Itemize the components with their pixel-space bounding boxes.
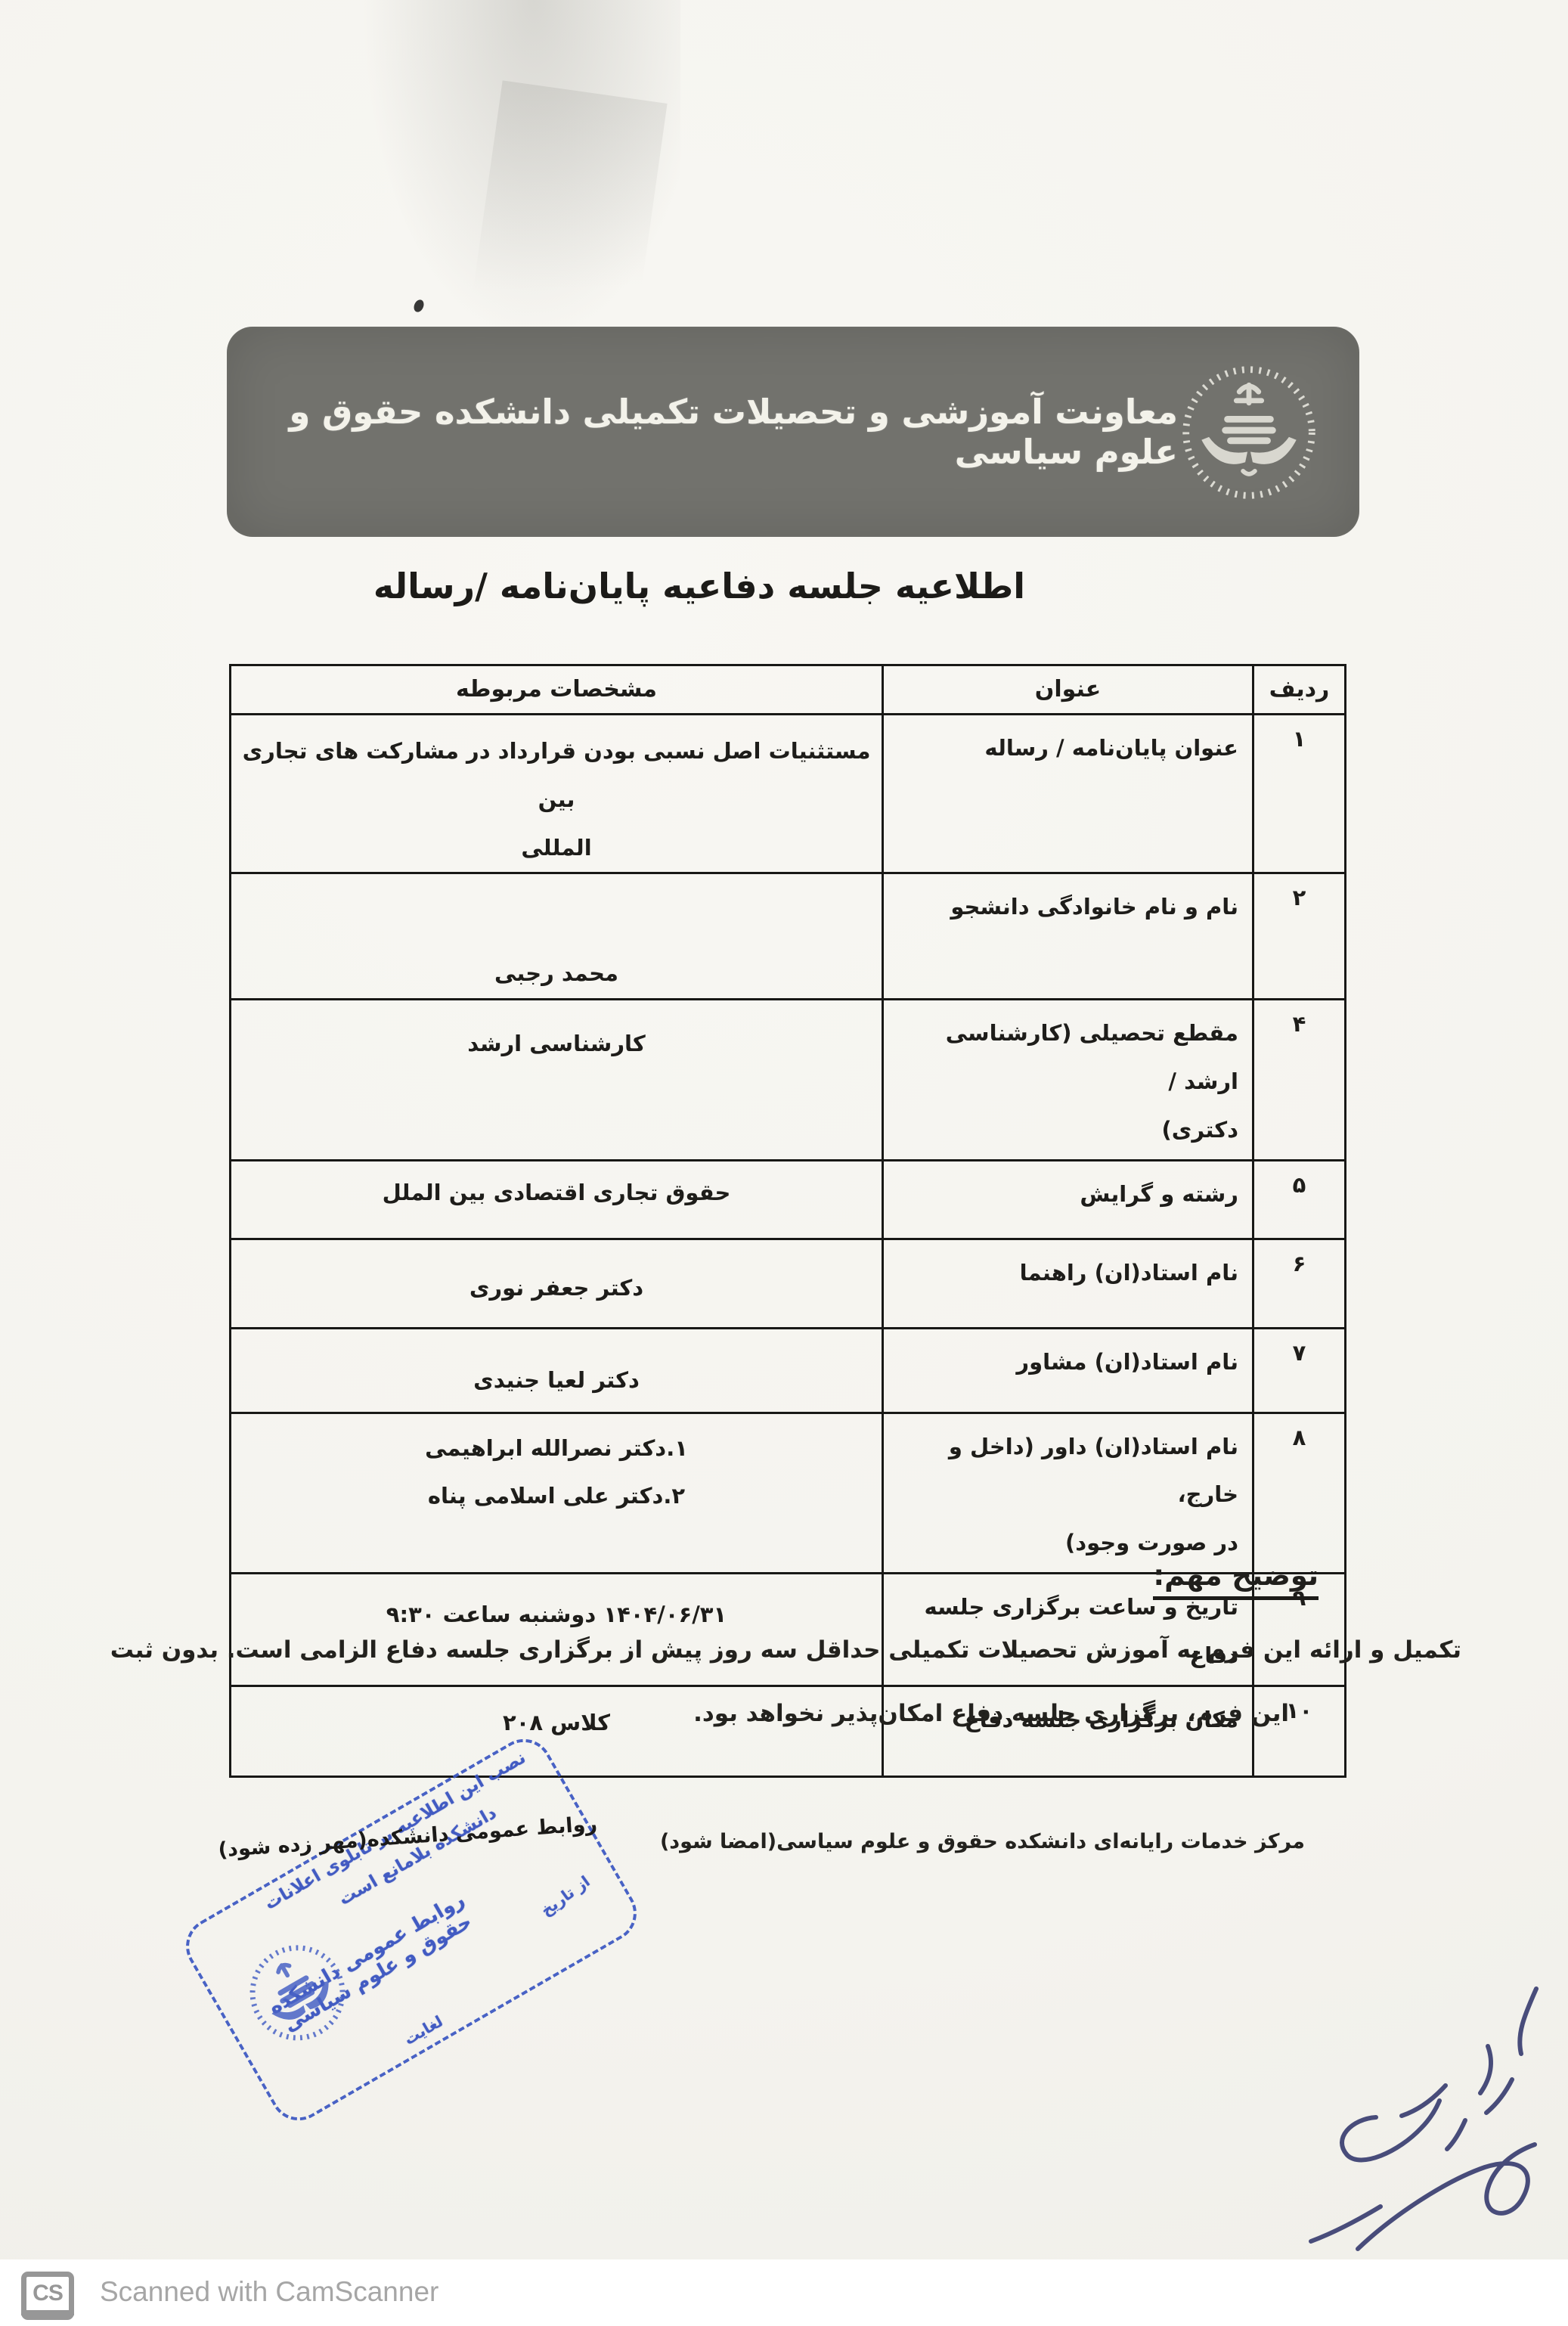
important-note-heading: توضیح مهم: [1153,1559,1319,1600]
row-value: ۱۴۰۴/۰۶/۳۱ دوشنبه ساعت ۹:۳۰ [231,1573,883,1686]
row-number: ۲ [1253,873,1346,1000]
table-row: ۸ نام استاد(ان) داور (داخل و خارج، در صو… [231,1413,1346,1573]
table-row: ۲ نام و نام خانوادگی دانشجو محمد رجبی [231,873,1346,1000]
row-label: نام استاد(ان) راهنما [883,1239,1253,1328]
row-value: حقوق تجاری اقتصادی بین الملل [231,1160,883,1239]
row-value: دکتر لعیا جنیدی [231,1328,883,1413]
table-row: ۷ نام استاد(ان) مشاور دکتر لعیا جنیدی [231,1328,1346,1413]
table-row: ۴ مقطع تحصیلی (کارشناسی ارشد / دکتری) کا… [231,1000,1346,1160]
table-row: ۵ رشته و گرایش حقوق تجاری اقتصادی بین ال… [231,1160,1346,1239]
note-text-line1: تکمیل و ارائه این فرم به آموزش تحصیلات ت… [110,1636,1461,1664]
stamp-from-date-label: از تاریخ [538,1872,593,1920]
row-value: محمد رجبی [231,873,883,1000]
approval-stamp: نصب این اطلاعیه بر تابلوی اعلانات دانشکد… [175,1729,647,2131]
row-number: ۶ [1253,1239,1346,1328]
it-center-signature-note: مرکز خدمات رایانه‌ای دانشکده حقوق و علوم… [660,1830,1305,1853]
row-label: عنوان پایان‌نامه / رساله [883,715,1253,873]
row-label: نام و نام خانوادگی دانشجو [883,873,1253,1000]
header-row-number: ردیف [1253,665,1346,715]
row-label: رشته و گرایش [883,1160,1253,1239]
row-number: ۸ [1253,1413,1346,1573]
row-number: ۷ [1253,1328,1346,1413]
header-title: عنوان [883,665,1253,715]
camscanner-badge-letters: CS [33,2281,63,2306]
row-value: کارشناسی ارشد [231,1000,883,1160]
table-header-row: ردیف عنوان مشخصات مربوطه [231,665,1346,715]
table-row: ۱ عنوان پایان‌نامه / رساله مستثنیات اصل … [231,715,1346,873]
row-number: ۴ [1253,1000,1346,1160]
stamp-university-emblem-icon [225,1921,370,2065]
row-label: نام استاد(ان) مشاور [883,1328,1253,1413]
row-value: مستثنیات اصل نسبی بودن قرارداد در مشارکت… [231,715,883,873]
row-label: نام استاد(ان) داور (داخل و خارج، در صورت… [883,1413,1253,1573]
header-banner: معاونت آموزشی و تحصیلات تکمیلی دانشکده ح… [227,327,1359,537]
row-value: ۱.دکتر نصرالله ابراهیمی ۲.دکتر علی اسلام… [231,1413,883,1573]
scan-fold-shadow [466,80,667,358]
row-label: مقطع تحصیلی (کارشناسی ارشد / دکتری) [883,1000,1253,1160]
defense-info-table: ردیف عنوان مشخصات مربوطه ۱ عنوان پایان‌ن… [229,664,1346,1778]
note-text-line2: این فرم، برگزاری جلسه دفاع امکان‌پذیر نخ… [693,1700,1289,1727]
university-logo-icon [1175,358,1323,507]
header-details: مشخصات مربوطه [231,665,883,715]
camscanner-icon-bar [21,2310,74,2320]
page-title: اطلاعیه جلسه دفاعیه پایان‌نامه /رساله [302,566,1096,606]
row-value: دکتر جعفر نوری [231,1239,883,1328]
row-number: ۱ [1253,715,1346,873]
camscanner-icon: CS [21,2272,74,2315]
scan-fold-shadow [355,0,680,355]
stamp-until-label: لغایت [401,2012,446,2048]
table-row: ۶ نام استاد(ان) راهنما دکتر جعفر نوری [231,1239,1346,1328]
ink-spot [412,298,426,313]
scanned-document: معاونت آموزشی و تحصیلات تکمیلی دانشکده ح… [0,0,1568,2326]
handwritten-signature [1285,1980,1568,2290]
faculty-department-title: معاونت آموزشی و تحصیلات تکمیلی دانشکده ح… [287,327,1178,537]
row-number: ۵ [1253,1160,1346,1239]
camscanner-caption: Scanned with CamScanner [100,2276,438,2308]
